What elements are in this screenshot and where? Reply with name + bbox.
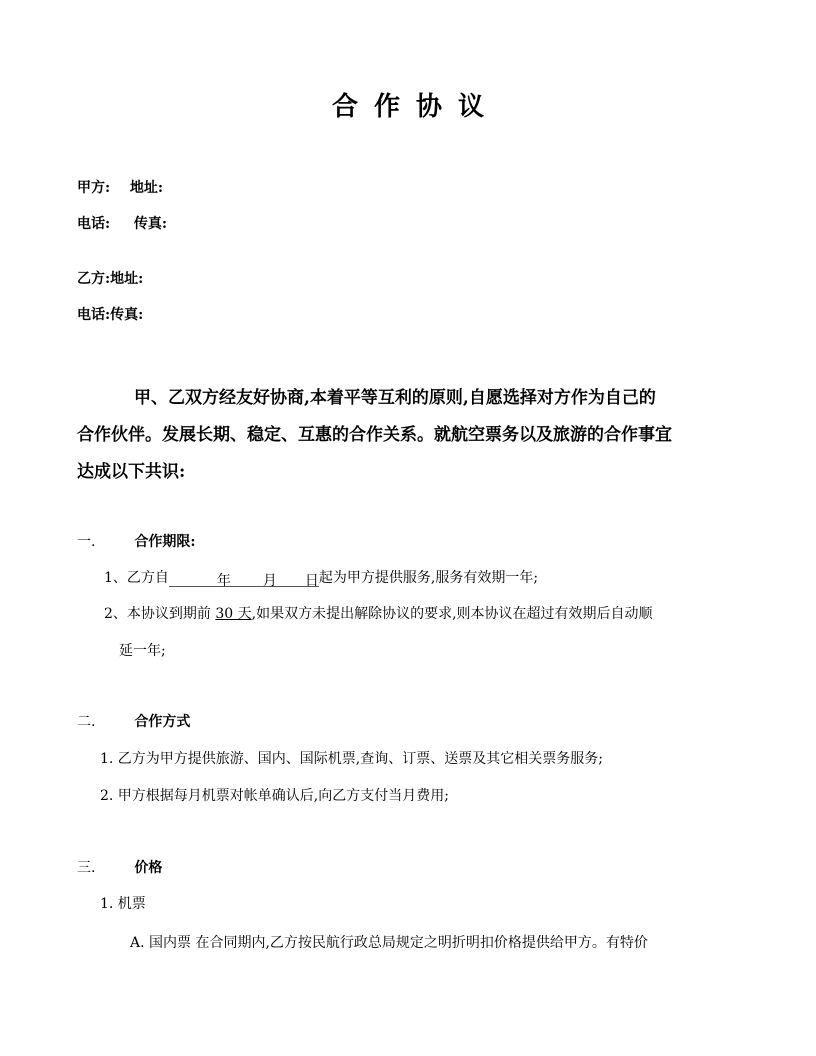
document-title: 合作协议: [0, 86, 816, 123]
intro-line-3: 达成以下共识:: [77, 457, 185, 482]
month-label: 月: [263, 570, 277, 590]
section-2-heading: 二. 合作方式: [77, 711, 190, 731]
item-text: 起为甲方提供服务,服务有效期一年;: [319, 570, 538, 586]
intro-line-1: 甲、乙双方经友好协商,本着平等互利的原则,自愿选择对方作为自己的: [134, 383, 656, 408]
item-text: 2、本协议到期前: [104, 606, 215, 622]
intro-line-2: 合作伙伴。发展长期、稳定、互惠的合作关系。就航空票务以及旅游的合作事宜: [77, 420, 672, 445]
day-label: 日: [305, 570, 319, 590]
party-b-contact-line: 电话:传真:: [77, 304, 143, 324]
party-a-address-line: 甲方: 地址:: [77, 177, 163, 197]
section-3-item-1a: A. 国内票 在合同期内,乙方按民航行政总局规定之明折明扣价格提供给甲方。有特价: [130, 932, 648, 952]
party-b-address-line: 乙方:地址:: [77, 268, 143, 288]
section-1-item-2-continuation: 延一年;: [119, 640, 166, 660]
days-value: 30 天: [215, 606, 251, 622]
party-a-fax-label: 传真:: [134, 216, 167, 232]
item-text: ,如果双方未提出解除协议的要求,则本协议在超过有效期后自动顺: [252, 606, 653, 622]
section-3-item-1: 1. 机票: [100, 893, 146, 913]
section-1-heading: 一. 合作期限:: [77, 531, 196, 551]
section-number: 三.: [77, 860, 95, 876]
section-1-item-2: 2、本协议到期前 30 天,如果双方未提出解除协议的要求,则本协议在超过有效期后…: [104, 603, 653, 623]
year-label: 年: [217, 570, 231, 590]
party-a-address-label: 地址:: [130, 180, 163, 196]
party-a-phone-label: 电话:: [77, 216, 110, 232]
item-text: 1、乙方自: [104, 570, 169, 586]
party-a-contact-line: 电话: 传真:: [77, 213, 167, 233]
section-2-item-1: 1. 乙方为甲方提供旅游、国内、国际机票,查询、订票、送票及其它相关票务服务;: [100, 748, 603, 768]
section-title: 价格: [134, 860, 162, 876]
section-1-item-1: 1、乙方自年月日 起为甲方提供服务,服务有效期一年;: [104, 567, 538, 587]
party-a-label: 甲方:: [77, 180, 110, 196]
section-2-item-2: 2. 甲方根据每月机票对帐单确认后,向乙方支付当月费用;: [100, 785, 449, 805]
section-number: 一.: [77, 534, 95, 550]
section-title: 合作方式: [134, 714, 190, 730]
date-blank-field: 年月日: [169, 570, 319, 587]
section-number: 二.: [77, 714, 95, 730]
section-3-heading: 三. 价格: [77, 857, 162, 877]
section-title: 合作期限:: [134, 534, 195, 550]
